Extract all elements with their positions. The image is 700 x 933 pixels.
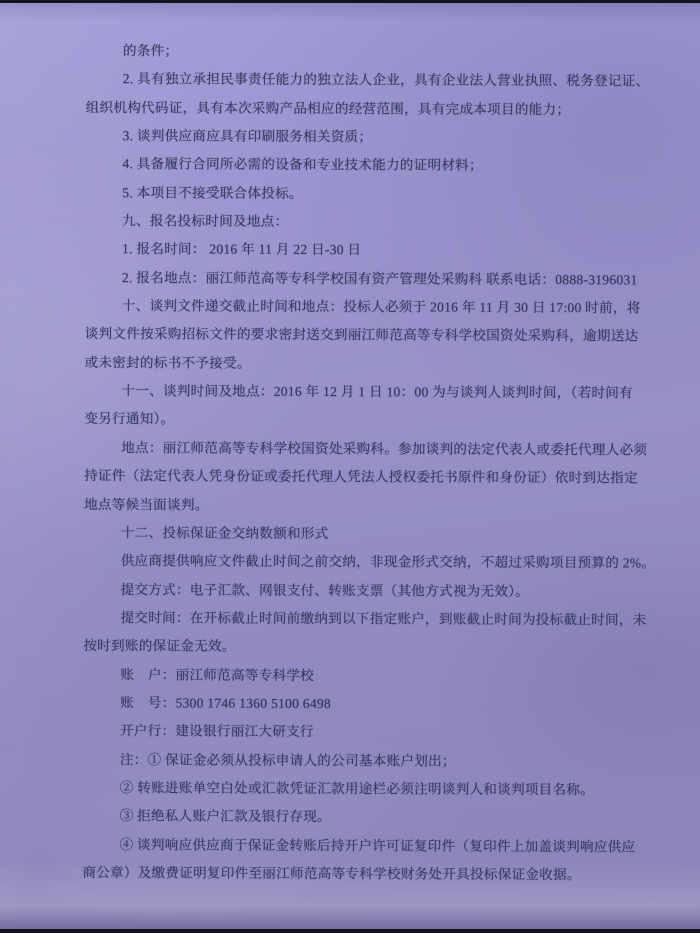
- text-line: 提交时间：在开标截止时间前缴纳到以下指定账户，到账截止时间为投标截止时间，未: [83, 604, 649, 635]
- text-line: 十、谈判文件递交截止时间和地点：投标人必须于 2016 年 11 月 30 日 …: [85, 292, 651, 323]
- text-line: 供应商提供响应文件截止时间之前交纳，非现金形式交纳，不超过采购项目预算的 2%。: [84, 547, 650, 578]
- text-line: 4. 具备履行合同所必需的设备和专业技术能力的证明材料；: [85, 150, 651, 181]
- text-line: 按时到账的保证金无效。: [83, 632, 649, 663]
- text-line: 持证件（法定代表人凭身份证或委托代理人凭法人授权委托书原件和身份证）依时到达指定: [84, 462, 650, 493]
- text-line: 3. 谈判供应商应具有印刷服务相关资质；: [86, 122, 652, 153]
- text-line: 提交方式：电子汇款、网银支付、转账支票（其他方式视为无效）。: [84, 576, 650, 607]
- text-line: 九、报名投标时间及地点：: [85, 207, 651, 238]
- text-line: 商公章）及缴费证明复印件至丽江师范高等专科学校财务处开具投标保证金收据。: [82, 859, 648, 890]
- text-line: 注：① 保证金必须从投标申请人的公司基本账户划出；: [83, 746, 649, 777]
- text-line: 变另行通知）。: [84, 405, 650, 436]
- text-line: 2. 具有独立承担民事责任能力的独立法人企业，具有企业法人营业执照、税务登记证、: [86, 65, 652, 96]
- paper-sheet: 的条件；2. 具有独立承担民事责任能力的独立法人企业，具有企业法人营业执照、税务…: [0, 3, 700, 929]
- document-body-text: 的条件；2. 具有独立承担民事责任能力的独立法人企业，具有企业法人营业执照、税务…: [82, 37, 652, 890]
- text-line: 开户行：建设银行丽江大研支行: [83, 717, 649, 748]
- text-line: 地点：丽江师范高等专科学校国资处采购科。参加谈判的法定代表人或委托代理人必须: [84, 434, 650, 465]
- text-line: 2. 报名地点：丽江师范高等专科学校国有资产管理处采购科 联系电话：0888-3…: [85, 264, 651, 295]
- text-line: 账 号：5300 1746 1360 5100 6498: [83, 689, 649, 720]
- text-line: 十二、投标保证金交纳数额和形式: [84, 519, 650, 550]
- text-line: 5. 本项目不接受联合体投标。: [85, 179, 651, 210]
- text-line: ③ 拒绝私人账户汇款及银行存现。: [83, 802, 649, 833]
- text-line: 或未密封的标书不予接受。: [85, 349, 651, 380]
- text-line: 组织机构代码证，具有本次采购产品相应的经营范围，具有完成本项目的能力；: [86, 94, 652, 125]
- text-line: ② 转账进账单空白处或汇款凭证汇款用途栏必须注明谈判人和谈判项目名称。: [83, 774, 649, 805]
- text-line: ④ 谈判响应供应商于保证金转账后持开户许可证复印件（复印件上加盖谈判响应供应: [82, 831, 648, 862]
- photo-frame: 的条件；2. 具有独立承担民事责任能力的独立法人企业，具有企业法人营业执照、税务…: [0, 0, 700, 933]
- text-line: 地点等候当面谈判。: [84, 490, 650, 521]
- text-line: 1. 报名时间： 2016 年 11 月 22 日-30 日: [85, 235, 651, 266]
- text-line: 账 户：丽江师范高等专科学校: [83, 661, 649, 692]
- text-line: 十一、谈判时间及地点：2016 年 12 月 1 日 10：00 为与谈判人谈判…: [84, 377, 650, 408]
- text-line: 的条件；: [86, 37, 652, 68]
- text-line: 谈判文件按采购招标文件的要求密封送交到丽江师范高等专科学校国资处采购科，逾期送达: [85, 320, 651, 351]
